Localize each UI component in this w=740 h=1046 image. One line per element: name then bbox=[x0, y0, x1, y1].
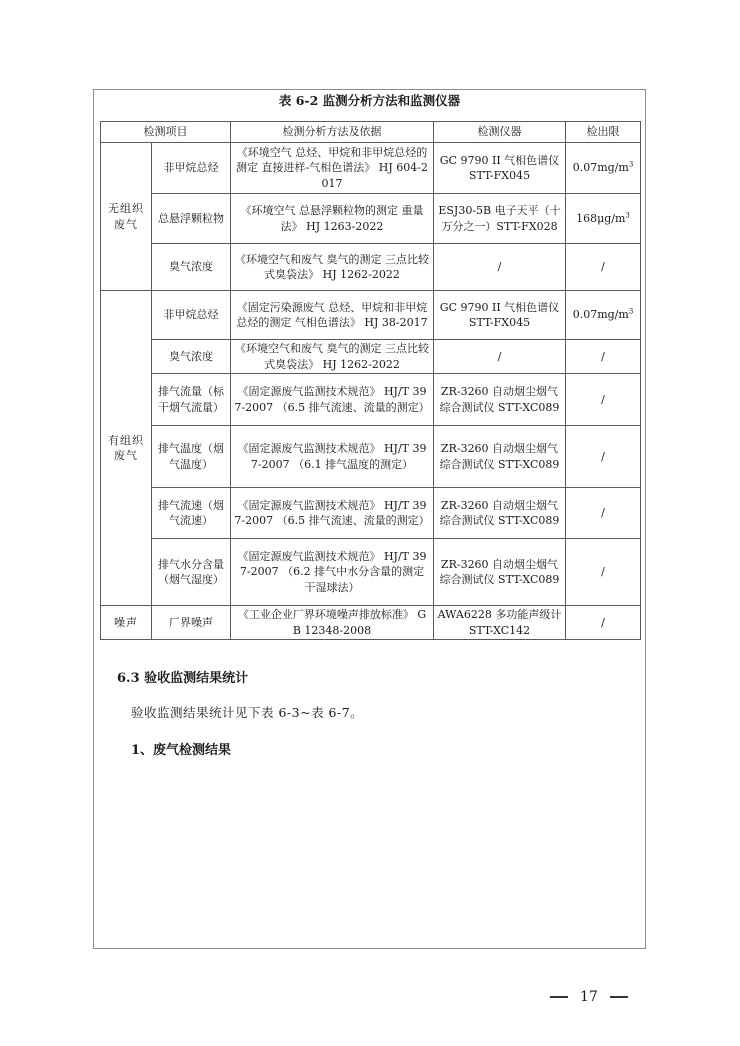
limit-cell: 0.07mg/m3 bbox=[566, 291, 641, 340]
header-instrument: 检测仪器 bbox=[434, 122, 566, 143]
instrument-cell: GC 9790 II 气相色谱仪 STT-FX045 bbox=[434, 143, 566, 194]
item-cell: 臭气浓度 bbox=[152, 340, 231, 374]
table-row: 臭气浓度 《环境空气和废气 臭气的测定 三点比较式臭袋法》 HJ 1262-20… bbox=[101, 244, 641, 291]
table-row: 臭气浓度 《环境空气和废气 臭气的测定 三点比较式臭袋法》 HJ 1262-20… bbox=[101, 340, 641, 374]
section-heading: 6.3 验收监测结果统计 bbox=[117, 667, 248, 686]
instrument-cell: ZR-3260 自动烟尘烟气综合测试仪 STT-XC089 bbox=[434, 539, 566, 606]
table-row: 有组织废气 非甲烷总烃 《固定污染源废气 总烃、甲烷和非甲烷总烃的测定 气相色谱… bbox=[101, 291, 641, 340]
instrument-cell: ZR-3260 自动烟尘烟气综合测试仪 STT-XC089 bbox=[434, 426, 566, 488]
limit-cell: / bbox=[566, 539, 641, 606]
table-row: 无组织废气 非甲烷总烃 《环境空气 总烃、甲烷和非甲烷总烃的测定 直接进样-气相… bbox=[101, 143, 641, 194]
table-header-row: 检测项目 检测分析方法及依据 检测仪器 检出限 bbox=[101, 122, 641, 143]
method-cell: 《工业企业厂界环境噪声排放标准》 GB 12348-2008 bbox=[231, 606, 434, 640]
instrument-cell: ZR-3260 自动烟尘烟气综合测试仪 STT-XC089 bbox=[434, 488, 566, 539]
limit-cell: 168μg/m3 bbox=[566, 194, 641, 244]
instrument-cell: ESJ30-5B 电子天平（十万分之一）STT-FX028 bbox=[434, 194, 566, 244]
item-cell: 臭气浓度 bbox=[152, 244, 231, 291]
item-cell: 排气温度（烟气温度） bbox=[152, 426, 231, 488]
limit-cell: / bbox=[566, 374, 641, 426]
limit-cell: / bbox=[566, 426, 641, 488]
limit-cell: 0.07mg/m3 bbox=[566, 143, 641, 194]
instrument-cell: AWA6228 多功能声级计 STT-XC142 bbox=[434, 606, 566, 640]
instrument-cell: ZR-3260 自动烟尘烟气综合测试仪 STT-XC089 bbox=[434, 374, 566, 426]
dash-right bbox=[610, 996, 628, 997]
method-cell: 《固定源废气监测技术规范》 HJ/T 397-2007 （6.5 排气流速、流量… bbox=[231, 488, 434, 539]
item-cell: 厂界噪声 bbox=[152, 606, 231, 640]
header-item: 检测项目 bbox=[101, 122, 231, 143]
item-cell: 排气水分含量（烟气湿度） bbox=[152, 539, 231, 606]
method-cell: 《固定污染源废气 总烃、甲烷和非甲烷总烃的测定 气相色谱法》 HJ 38-201… bbox=[231, 291, 434, 340]
table-row: 总悬浮颗粒物 《环境空气 总悬浮颗粒物的测定 重量法》 HJ 1263-2022… bbox=[101, 194, 641, 244]
table-row: 排气水分含量（烟气湿度） 《固定源废气监测技术规范》 HJ/T 397-2007… bbox=[101, 539, 641, 606]
method-cell: 《环境空气和废气 臭气的测定 三点比较式臭袋法》 HJ 1262-2022 bbox=[231, 340, 434, 374]
limit-cell: / bbox=[566, 244, 641, 291]
header-limit: 检出限 bbox=[566, 122, 641, 143]
instrument-cell: GC 9790 II 气相色谱仪 STT-FX045 bbox=[434, 291, 566, 340]
dash-left bbox=[550, 996, 568, 997]
category-cell: 噪声 bbox=[101, 606, 152, 640]
header-method: 检测分析方法及依据 bbox=[231, 122, 434, 143]
method-cell: 《环境空气 总烃、甲烷和非甲烷总烃的测定 直接进样-气相色谱法》 HJ 604-… bbox=[231, 143, 434, 194]
section-paragraph: 验收监测结果统计见下表 6-3~表 6-7。 bbox=[131, 703, 363, 721]
item-cell: 非甲烷总烃 bbox=[152, 291, 231, 340]
table-title: 表 6-2 监测分析方法和监测仪器 bbox=[93, 89, 646, 121]
table-row: 排气流速（烟气流速） 《固定源废气监测技术规范》 HJ/T 397-2007 （… bbox=[101, 488, 641, 539]
method-cell: 《固定源废气监测技术规范》 HJ/T 397-2007 （6.5 排气流速、流量… bbox=[231, 374, 434, 426]
item-cell: 排气流量（标干烟气流量） bbox=[152, 374, 231, 426]
page-number: 17 bbox=[550, 989, 628, 1005]
limit-cell: / bbox=[566, 606, 641, 640]
methods-table: 检测项目 检测分析方法及依据 检测仪器 检出限 无组织废气 非甲烷总烃 《环境空… bbox=[100, 121, 641, 640]
item-cell: 排气流速（烟气流速） bbox=[152, 488, 231, 539]
method-cell: 《固定源废气监测技术规范》 HJ/T 397-2007 （6.1 排气温度的测定… bbox=[231, 426, 434, 488]
category-cell: 无组织废气 bbox=[101, 143, 152, 291]
limit-cell: / bbox=[566, 340, 641, 374]
page-number-value: 17 bbox=[580, 989, 598, 1005]
limit-cell: / bbox=[566, 488, 641, 539]
item-cell: 非甲烷总烃 bbox=[152, 143, 231, 194]
method-cell: 《环境空气和废气 臭气的测定 三点比较式臭袋法》 HJ 1262-2022 bbox=[231, 244, 434, 291]
method-cell: 《环境空气 总悬浮颗粒物的测定 重量法》 HJ 1263-2022 bbox=[231, 194, 434, 244]
instrument-cell: / bbox=[434, 340, 566, 374]
category-cell: 有组织废气 bbox=[101, 291, 152, 606]
instrument-cell: / bbox=[434, 244, 566, 291]
method-cell: 《固定源废气监测技术规范》 HJ/T 397-2007 （6.2 排气中水分含量… bbox=[231, 539, 434, 606]
table-row: 排气温度（烟气温度） 《固定源废气监测技术规范》 HJ/T 397-2007 （… bbox=[101, 426, 641, 488]
table-row: 噪声 厂界噪声 《工业企业厂界环境噪声排放标准》 GB 12348-2008 A… bbox=[101, 606, 641, 640]
table-row: 排气流量（标干烟气流量） 《固定源废气监测技术规范》 HJ/T 397-2007… bbox=[101, 374, 641, 426]
item-cell: 总悬浮颗粒物 bbox=[152, 194, 231, 244]
subsection-heading: 1、废气检测结果 bbox=[131, 739, 231, 758]
